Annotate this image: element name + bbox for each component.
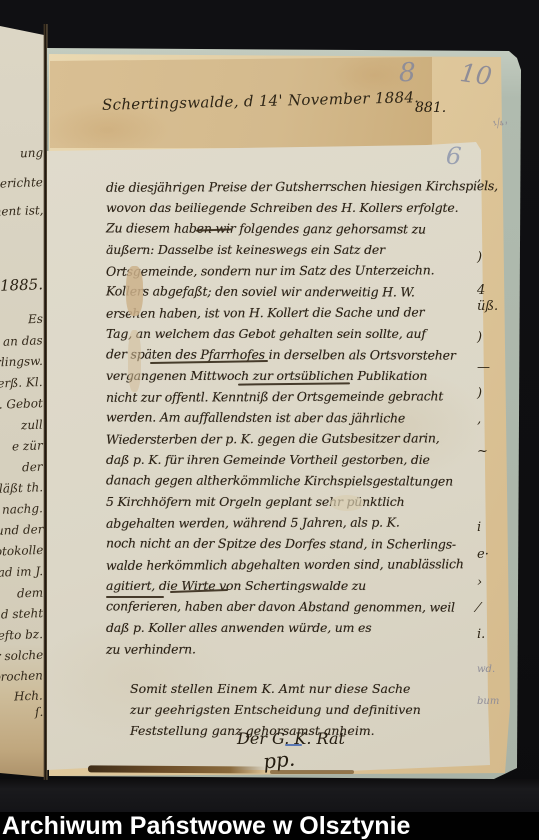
margin-mark: e· — [477, 547, 489, 562]
handwritten-line: nicht zur offentl. Kenntniß der Ortsgeme… — [106, 385, 471, 408]
handwriting-fragment: Sterlingsw. — [0, 354, 43, 370]
handwriting-fragment: bad im J. — [0, 564, 43, 580]
handwritten-line: werden. Am auffallendsten ist aber das j… — [106, 406, 471, 428]
handwritten-line: noch nicht an der Spitze des Dorfes stan… — [106, 532, 471, 554]
handwriting-fragment: ment ist, — [0, 203, 43, 219]
handwriting-fragment: läßt th. — [0, 480, 43, 496]
handwritten-line: äußern: Dasselbe ist keineswegs ein Satz… — [106, 239, 471, 260]
margin-mark: 4 — [477, 283, 485, 298]
handwritten-line: walde herkömmlich abgehalten worden sind… — [106, 553, 471, 576]
handwritten-line: daß p. Koller alles anwenden würde, um e… — [106, 617, 471, 638]
handwritten-line: danach gegen altherkömmliche Kirchspiels… — [106, 469, 471, 491]
handwritten-line: conferieren, haben aber davon Abstand ge… — [106, 595, 471, 617]
handwriting-fragment: ung — [20, 146, 44, 161]
handwritten-line: Zu diesem haben wir folgendes ganz gehor… — [106, 217, 471, 239]
handwriting-fragment: defto bz. — [0, 627, 43, 643]
archive-scan-photo: ungBerichtement ist,1885.Esan dasSterlin… — [0, 0, 539, 840]
handwriting-fragment: überß. Kl. — [0, 375, 43, 391]
margin-mark: ) — [477, 250, 482, 265]
tape-stain — [126, 266, 143, 316]
handwriting-fragment: und der — [0, 522, 43, 538]
handwritten-line: ersehen haben, ist von H. Kollert die Sa… — [106, 301, 471, 324]
handwriting-fragment: Es — [28, 312, 43, 327]
handwriting-fragment: ſ. — [34, 705, 43, 719]
handwriting-fragment: ausgesprochen — [0, 668, 43, 685]
closing-line: zur geehrigsten Entscheidung und definit… — [130, 699, 421, 720]
margin-mark: ) — [477, 330, 482, 345]
table-shadow-band — [0, 779, 539, 812]
margin-mark: ‚ — [477, 412, 481, 427]
handwriting-fragment: Protokolle — [0, 543, 43, 559]
ink-underline — [106, 596, 164, 598]
handwritten-line: Ortsgemeinde, sondern nur im Satz des Un… — [106, 259, 471, 282]
handwritten-line: wovon das beiliegende Schreiben des H. K… — [106, 197, 471, 218]
handwriting-fragment: Hch. — [14, 689, 43, 704]
handwritten-line: 5 Kirchhöfern mit Orgeln geplant sehr pü… — [106, 491, 471, 512]
handwriting-fragment: e zür — [12, 438, 43, 453]
handwritten-line: zu verhindern. — [106, 637, 471, 660]
margin-mark: i — [477, 520, 481, 535]
margin-mark: wd. — [477, 664, 495, 675]
handwritten-line: Wiedersterben der p. K. gegen die Gutsbe… — [106, 427, 471, 450]
handwriting-fragment: 1885. — [0, 275, 43, 294]
handwritten-line: abgehalten werden, während 5 Jahren, als… — [106, 511, 471, 534]
margin-mark: ‚ — [477, 170, 481, 185]
binding-stain — [270, 770, 354, 774]
handwriting-fragment: der — [22, 460, 43, 475]
archive-name-label: Archiwum Państwowe w Olsztynie — [2, 813, 410, 840]
handwritten-line: Tag, an welchem das Gebot gehalten sein … — [106, 323, 471, 344]
margin-mark: bum — [477, 696, 499, 707]
archive-caption-bar: Archiwum Państwowe w Olsztynie — [0, 812, 539, 840]
letter-body-handwriting: die diesjährigen Preise der Gutsherrsche… — [106, 176, 471, 659]
margin-mark: ) — [477, 386, 482, 401]
left-page-fragment: ungBerichtement ist,1885.Esan dasSterlin… — [0, 24, 44, 780]
handwriting-fragment: dem — [17, 586, 44, 601]
margin-mark: i. — [477, 627, 485, 642]
pencil-folio-left: 8 — [399, 58, 416, 88]
handwriting-fragment: nachg. — [2, 501, 43, 516]
handwritten-line: die diesjährigen Preise der Gutsherrsche… — [106, 175, 471, 198]
handwriting-fragment: rad steht — [0, 606, 43, 622]
blue-pen-mark — [285, 744, 302, 746]
handwriting-fragment: u. Gebot — [0, 396, 43, 412]
margin-mark: ⁄ — [477, 601, 479, 616]
tape-stain — [128, 330, 141, 392]
handwritten-line: agitiert, die Wirte von Schertingswalde … — [106, 575, 471, 596]
pencil-page-number: 6 — [445, 142, 462, 171]
closing-line: Somit stellen Einem K. Amt nur diese Sac… — [130, 678, 421, 699]
handwriting-fragment: Berichte — [0, 175, 43, 191]
ink-folio-number: 881. — [415, 100, 446, 116]
pencil-folio-right: 10 — [458, 58, 494, 91]
binding-stain — [88, 765, 266, 773]
margin-mark: ~ — [477, 444, 488, 459]
margin-mark: — — [477, 360, 490, 375]
handwriting-fragment: aber solche — [0, 648, 43, 664]
paper-blot — [330, 495, 364, 511]
handwriting-fragment: an das — [3, 333, 43, 348]
margin-mark: üß. — [477, 299, 498, 314]
handwriting-fragment: zull — [21, 418, 43, 433]
margin-mark: › — [477, 575, 482, 590]
handwritten-line: daß p. K. für ihren Gemeinde Vortheil ge… — [106, 449, 471, 470]
handwritten-line: Kollers abgefaßt; den soviel wir anderwe… — [106, 280, 471, 302]
